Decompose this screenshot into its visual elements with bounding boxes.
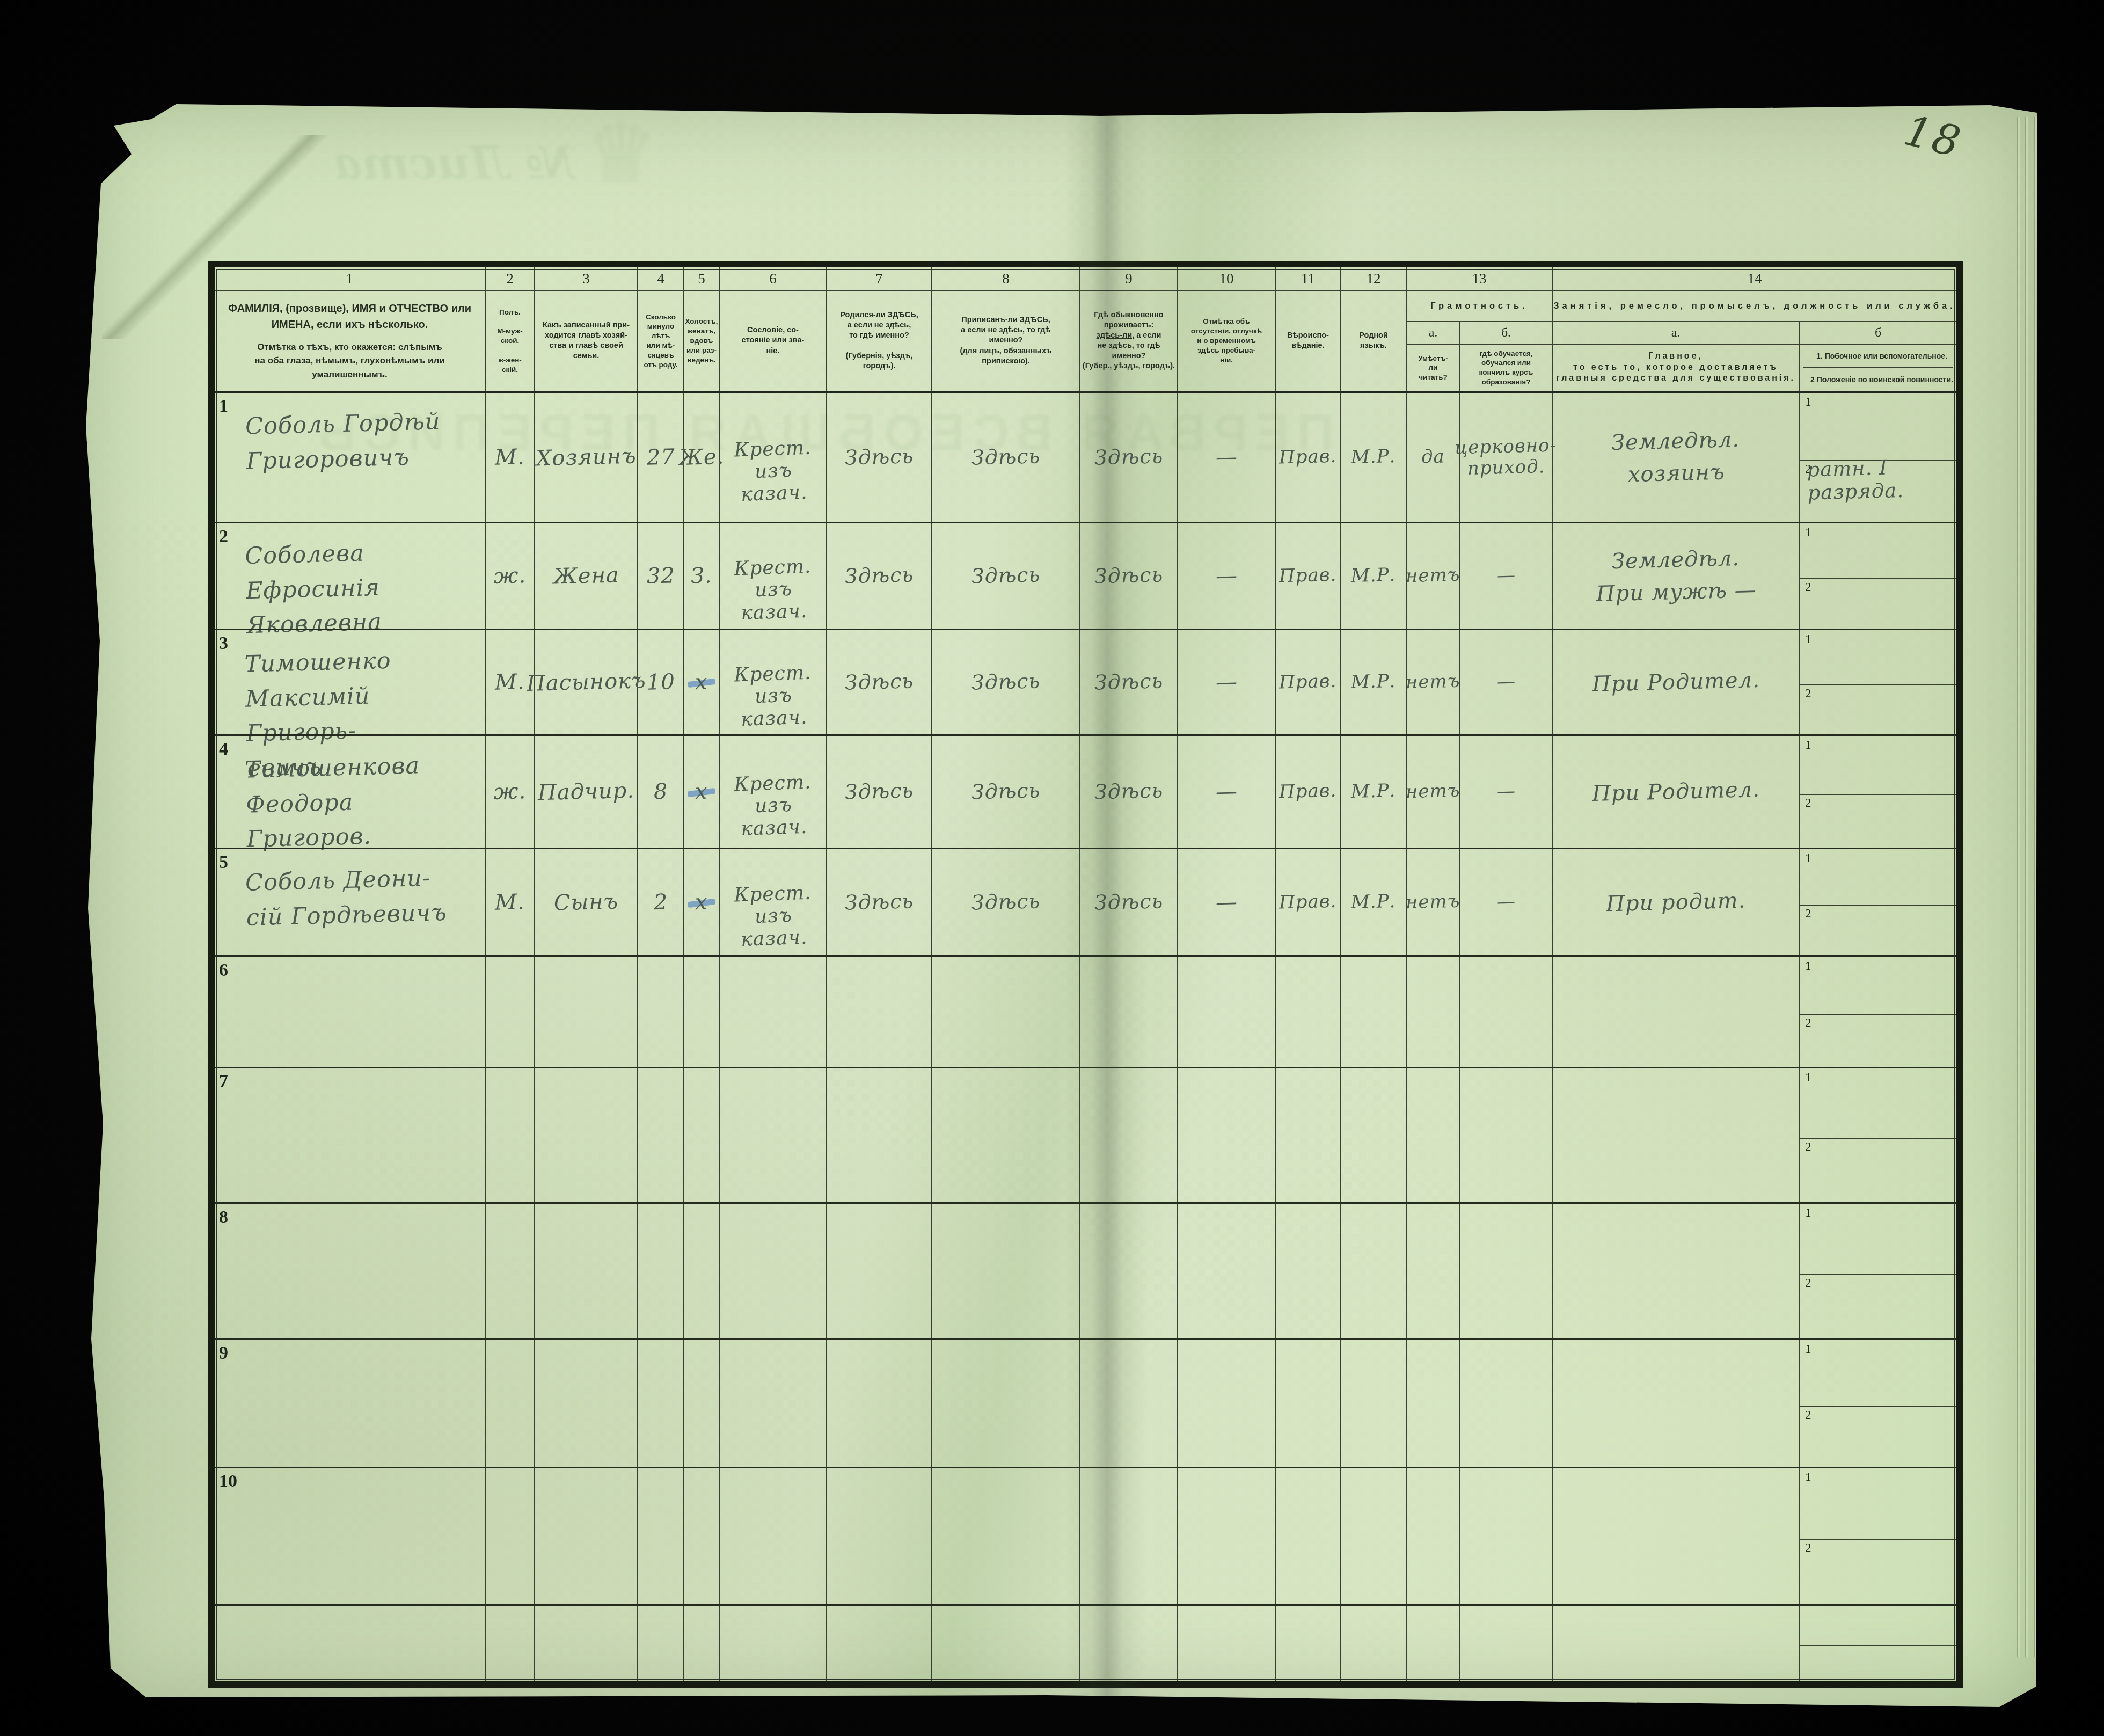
age-cell: 32 [638, 523, 684, 629]
absence-note-cell: — [1178, 849, 1276, 955]
occupation-group-header: Занятія, ремесло, промыселъ, должность и… [1553, 291, 1956, 322]
handwritten-value: церковно- приход. [1455, 435, 1558, 479]
age-cell [638, 957, 684, 1067]
education-cell [1460, 1204, 1553, 1338]
occupation-sub-2: 2 [1800, 684, 1956, 734]
handwritten-value: — [1496, 565, 1516, 587]
age-cell: 8 [638, 736, 684, 848]
handwritten-value: да [1421, 447, 1445, 468]
occupation-main-cell: При Родител. [1553, 736, 1800, 848]
row-number: 3 [219, 633, 228, 654]
census-row-10: 1012 [215, 1467, 1956, 1604]
relation-cell [535, 1068, 638, 1202]
census-row-5: 5Соболь Деони- сій ГордѣевичъМ.Сынъ2хКре… [215, 848, 1956, 955]
born-here-cell: Здѣсь [827, 393, 932, 522]
occupation-secondary-cell: 12 [1800, 1204, 1956, 1338]
literacy-cell [1407, 1468, 1460, 1604]
handwritten-value: Крест. изъ казач. [719, 881, 828, 951]
col12-number: 12 [1341, 267, 1407, 291]
religion-cell: Прав. [1276, 523, 1341, 629]
lives-here-cell [1080, 1068, 1178, 1202]
lives-here-cell [1080, 1468, 1178, 1604]
col13b-header: гдѣ обучается, обучался или кончилъ курс… [1460, 345, 1553, 391]
occupation-main-cell [1553, 1204, 1800, 1338]
born-here-cell [827, 1606, 932, 1681]
name-cell: 2Соболева Ефросинія Яковлевна [215, 523, 486, 629]
education-cell [1460, 1468, 1553, 1604]
handwritten-value: — [1215, 444, 1238, 470]
col2-number: 2 [486, 267, 535, 291]
name-cell: 6 [215, 957, 486, 1067]
name-cell: 4Тимошенкова Феодора Григоров. [215, 736, 486, 848]
occupation-sub-1: 1 [1800, 957, 1956, 1015]
handwritten-value: Пасынокъ [526, 668, 646, 696]
col13-number: 13 [1407, 267, 1553, 291]
occupation-secondary-cell: 12 [1800, 1468, 1956, 1604]
literacy-cell [1407, 957, 1460, 1067]
col14b-header-secondary: 1. Побочное или вспомогательное. [1809, 345, 1947, 367]
estate-cell [720, 1606, 827, 1681]
registered-here-cell [932, 1606, 1080, 1681]
col5-header: Холостъ, женатъ, вдовъ или раз- веденъ. [684, 291, 720, 391]
handwritten-name: Соболь Гордѣй Григоровичъ [245, 404, 441, 478]
absence-note-cell [1178, 1468, 1276, 1604]
marital-cell [684, 1606, 720, 1681]
occupation-sub-1 [1800, 1606, 1956, 1646]
census-row-7: 712 [215, 1067, 1956, 1202]
handwritten-value: нетъ [1406, 565, 1460, 587]
marital-cell: З. [684, 523, 720, 629]
estate-cell [720, 1340, 827, 1467]
occupation-main-cell: Земледѣл. хозяинъ [1553, 393, 1800, 522]
name-cell [215, 1606, 486, 1681]
age-cell [638, 1468, 684, 1604]
literacy-cell [1407, 1204, 1460, 1338]
col10-header: Отмѣтка объ отсутствіи, отлучкѣ и о врем… [1178, 291, 1276, 391]
handwritten-value: Крест. изъ казач. [719, 436, 828, 506]
handwritten-value: Падчир. [537, 778, 634, 806]
occupation-secondary-cell: 12 [1800, 849, 1956, 955]
registered-here-cell [932, 1204, 1080, 1338]
sub-row-number: 2 [1805, 580, 1811, 594]
handwritten-value: Крест. изъ казач. [719, 661, 828, 731]
handwritten-value: Здѣсь [844, 779, 914, 804]
sub-row-number: 1 [1805, 1206, 1811, 1220]
sex-cell [486, 1606, 535, 1681]
registered-here-cell: Здѣсь [932, 523, 1080, 629]
handwritten-value: М.Р. [1351, 781, 1396, 803]
handwritten-value: Здѣсь [844, 563, 914, 588]
estate-cell [720, 1068, 827, 1202]
language-cell [1341, 1204, 1407, 1338]
lives-here-cell [1080, 957, 1178, 1067]
handwritten-value: Крест. изъ казач. [719, 770, 828, 841]
handwritten-value: З. [691, 563, 713, 588]
col13a-letter: а. [1407, 322, 1460, 345]
sub-row-number: 2 [1805, 1276, 1811, 1290]
handwritten-value: Жена [553, 563, 619, 589]
census-row-9: 912 [215, 1338, 1956, 1467]
handwritten-page-number: 18 [1900, 106, 1967, 167]
row-number: 5 [219, 852, 228, 873]
sex-cell: М. [486, 393, 535, 522]
sub-row-number: 2 [1805, 1016, 1811, 1030]
education-cell: — [1460, 849, 1553, 955]
sub-row-number: 1 [1805, 1470, 1811, 1484]
literacy-cell: нетъ [1407, 736, 1460, 848]
handwritten-value: Здѣсь [1094, 889, 1163, 915]
col3-header: Какъ записанный при- ходится главѣ хозяй… [535, 291, 638, 391]
sub-row-number: 1 [1805, 1070, 1811, 1084]
occupation-sub-1: 1 [1800, 523, 1956, 579]
sex-cell [486, 1068, 535, 1202]
age-cell: 27 [638, 393, 684, 522]
absence-note-cell [1178, 1340, 1276, 1467]
col8-header-text: Приписанъ-ли ЗДѢСЬ, [961, 315, 1050, 325]
sex-cell: М. [486, 849, 535, 955]
occupation-sub-1: 1 [1800, 1204, 1956, 1275]
name-cell: 5Соболь Деони- сій Гордѣевичъ [215, 849, 486, 955]
registered-here-cell [932, 1340, 1080, 1467]
sub-row-number: 2 [1805, 1408, 1811, 1422]
handwritten-value: Здѣсь [1094, 563, 1163, 588]
lives-here-cell [1080, 1606, 1178, 1681]
relation-cell [535, 957, 638, 1067]
sub-row-number: 2 [1805, 907, 1811, 921]
sex-cell [486, 1204, 535, 1338]
col14-number: 14 [1553, 267, 1956, 291]
sex-cell [486, 1340, 535, 1467]
handwritten-value: Прав. [1279, 891, 1337, 914]
row-number: 8 [219, 1207, 228, 1228]
religion-cell [1276, 1468, 1341, 1604]
census-row-buffer [215, 1604, 1956, 1681]
handwritten-value: 10 [646, 669, 675, 695]
lives-here-cell: Здѣсь [1080, 630, 1178, 734]
handwritten-value: х [695, 890, 708, 915]
row-number: 10 [219, 1471, 237, 1492]
marital-cell: х [684, 849, 720, 955]
handwritten-value: — [1215, 563, 1238, 588]
col10-number: 10 [1178, 267, 1276, 291]
age-cell: 10 [638, 630, 684, 734]
scanned-page: № Листа ПЕРВАЯ ВСЕОБЩАЯ ПЕРЕПИСЬ ♛ 18 1 … [81, 103, 2037, 1707]
col2-header: Полъ. М-муж- ской. ж-жен- скій. [486, 291, 535, 391]
occupation-sub-1: 1 [1800, 736, 1956, 795]
handwritten-value: Земледѣл. При мужѣ — [1595, 542, 1757, 610]
col13b-letter: б. [1460, 322, 1553, 345]
lives-here-cell [1080, 1340, 1178, 1467]
census-row-2: 2Соболева Ефросинія Яковлевнаж.Жена32З.К… [215, 522, 1956, 629]
handwritten-value: Здѣсь [971, 563, 1040, 588]
language-cell: М.Р. [1341, 630, 1407, 734]
sub-row-number: 1 [1805, 738, 1811, 752]
education-cell [1460, 1606, 1553, 1681]
occupation-secondary-cell: 12 [1800, 523, 1956, 629]
col12-header: Родной языкъ. [1341, 291, 1407, 391]
language-cell [1341, 1606, 1407, 1681]
estate-cell: Крест. изъ казач. [720, 736, 827, 848]
literacy-cell: нетъ [1407, 849, 1460, 955]
handwritten-value: — [1215, 669, 1238, 695]
occupation-main-cell [1553, 1606, 1800, 1681]
registered-here-cell [932, 1068, 1080, 1202]
language-cell: М.Р. [1341, 849, 1407, 955]
occupation-sub-2: 2 [1800, 578, 1956, 629]
registered-here-cell: Здѣсь [932, 736, 1080, 848]
row-number: 1 [219, 396, 228, 417]
absence-note-cell [1178, 1068, 1276, 1202]
handwritten-value: 2 [653, 890, 668, 915]
language-cell [1341, 1468, 1407, 1604]
born-here-cell: Здѣсь [827, 849, 932, 955]
literacy-cell: нетъ [1407, 523, 1460, 629]
census-row-6: 612 [215, 955, 1956, 1067]
handwritten-value: Здѣсь [971, 444, 1040, 470]
sub-row-number: 1 [1805, 632, 1811, 646]
row-number: 2 [219, 527, 228, 547]
born-here-cell [827, 957, 932, 1067]
census-row-3: 3Тимошенко Максимій Григорь- евичъМ.Пасы… [215, 629, 1956, 734]
literacy-cell: да [1407, 393, 1460, 522]
relation-cell: Жена [535, 523, 638, 629]
name-cell: 10 [215, 1468, 486, 1604]
row-number: 7 [219, 1071, 228, 1092]
language-cell [1341, 957, 1407, 1067]
estate-cell [720, 957, 827, 1067]
handwritten-value: Прав. [1279, 781, 1337, 803]
relation-cell [535, 1340, 638, 1467]
education-cell [1460, 1068, 1553, 1202]
registered-here-cell [932, 1468, 1080, 1604]
language-cell [1341, 1340, 1407, 1467]
handwritten-value: 32 [646, 563, 675, 588]
sub-row-number: 1 [1805, 1342, 1811, 1356]
born-here-cell: Здѣсь [827, 736, 932, 848]
estate-cell: Крест. изъ казач. [720, 849, 827, 955]
education-cell: — [1460, 736, 1553, 848]
col7-header: Родился-ли ЗДѢСЬ, а если не здѣсь, то гд… [827, 291, 932, 391]
occupation-secondary-cell: 12 [1800, 957, 1956, 1067]
lives-here-cell [1080, 1204, 1178, 1338]
lives-here-cell: Здѣсь [1080, 523, 1178, 629]
handwritten-value: 27 [646, 444, 675, 470]
absence-note-cell [1178, 1204, 1276, 1338]
occupation-sub-2: 2 [1800, 1138, 1956, 1202]
religion-cell: Прав. [1276, 630, 1341, 734]
marital-cell [684, 1204, 720, 1338]
col1-number: 1 [215, 267, 486, 291]
handwritten-value: При Родител. [1591, 664, 1760, 701]
born-here-cell: Здѣсь [827, 630, 932, 734]
education-cell [1460, 1340, 1553, 1467]
handwritten-value: М. [495, 889, 525, 915]
relation-cell: Хозяинъ [535, 393, 638, 522]
sub-row-number: 2 [1805, 796, 1811, 810]
handwritten-value: — [1215, 889, 1238, 915]
literacy-cell [1407, 1068, 1460, 1202]
sub-row-number: 1 [1805, 851, 1811, 865]
occupation-sub-1: 1 [1800, 1468, 1956, 1540]
handwritten-name: Соболь Деони- сій Гордѣевичъ [245, 860, 447, 935]
marital-cell [684, 1068, 720, 1202]
col14b-letter: б [1800, 322, 1956, 345]
language-cell: М.Р. [1341, 393, 1407, 522]
col9-number: 9 [1080, 267, 1178, 291]
census-table: 1 2 3 4 5 6 7 8 9 10 11 12 13 14 ФАМИЛІЯ… [208, 261, 1963, 1688]
age-cell [638, 1204, 684, 1338]
handwritten-value: Здѣсь [844, 669, 914, 695]
col5-number: 5 [684, 267, 720, 291]
absence-note-cell [1178, 1606, 1276, 1681]
religion-cell [1276, 1606, 1341, 1681]
religion-cell [1276, 957, 1341, 1067]
occupation-secondary-cell: 12ратн. I разряда. [1800, 393, 1956, 522]
col11-header: Вѣроиспо- вѣданіе. [1276, 291, 1341, 391]
handwritten-value: М.Р. [1351, 565, 1396, 587]
relation-cell: Сынъ [535, 849, 638, 955]
name-cell: 1Соболь Гордѣй Григоровичъ [215, 393, 486, 522]
occupation-sub-1: 1 [1800, 1068, 1956, 1139]
marital-cell: Же. [684, 393, 720, 522]
handwritten-value: М.Р. [1351, 891, 1396, 913]
col14b-header-military: 2 Положеніе по воинской повинности. [1803, 367, 1953, 391]
col9-header: Гдѣ обыкновенно проживаетъ: здѣсь-ли, а … [1080, 291, 1178, 391]
registered-here-cell: Здѣсь [932, 849, 1080, 955]
occupation-sub-1: 1 [1800, 849, 1956, 906]
religion-cell: Прав. [1276, 393, 1341, 522]
census-row-4: 4Тимошенкова Феодора Григоров.ж.Падчир.8… [215, 734, 1956, 848]
handwritten-value: Здѣсь [1094, 444, 1163, 470]
handwritten-value: Здѣсь [971, 889, 1040, 915]
handwritten-value: — [1496, 781, 1516, 803]
occupation-sub-2 [1800, 1645, 1956, 1681]
occupation-main-cell: При родит. [1553, 849, 1800, 955]
handwritten-value: М.Р. [1351, 446, 1396, 468]
col8-header: Приписанъ-ли ЗДѢСЬ, а если не здѣсь, то … [932, 291, 1080, 391]
handwritten-value: нетъ [1406, 891, 1460, 914]
handwritten-value: ж. [493, 563, 526, 589]
occupation-secondary-cell: 12 [1800, 1340, 1956, 1467]
handwritten-value: Здѣсь [971, 779, 1040, 804]
col6-header: Сословіе, со- стояніе или зва- ніе. [720, 291, 827, 391]
relation-cell [535, 1606, 638, 1681]
relation-cell [535, 1468, 638, 1604]
handwritten-value: 8 [653, 779, 668, 805]
sex-cell [486, 1468, 535, 1604]
col14a-letter: а. [1553, 322, 1800, 345]
sex-cell: ж. [486, 523, 535, 629]
handwritten-value: Крест. изъ казач. [719, 555, 828, 625]
row-number: 9 [219, 1343, 228, 1363]
col13a-header: Умѣетъ- ли читать? [1407, 345, 1460, 391]
handwritten-value: При родит. [1605, 885, 1746, 921]
handwritten-value: Здѣсь [1094, 779, 1163, 804]
occupation-sub-1: 1 [1800, 630, 1956, 685]
sub-row-number: 1 [1805, 395, 1811, 409]
col14b-header: 1. Побочное или вспомогательное. 2 Полож… [1800, 345, 1956, 391]
col7-header-text: Родился-ли ЗДѢСЬ, [840, 310, 918, 320]
name-cell: 3Тимошенко Максимій Григорь- евичъ [215, 630, 486, 734]
col1-header: ФАМИЛІЯ, (прозвище), ИМЯ и ОТЧЕСТВО или … [215, 291, 486, 391]
age-cell: 2 [638, 849, 684, 955]
occupation-sub-1: 1 [1800, 1340, 1956, 1407]
handwritten-value: Же. [678, 444, 725, 470]
occupation-sub-2: 2 [1800, 905, 1956, 955]
lives-here-cell: Здѣсь [1080, 393, 1178, 522]
handwritten-value: — [1496, 892, 1516, 913]
name-cell: 7 [215, 1068, 486, 1202]
religion-cell: Прав. [1276, 849, 1341, 955]
occupation-main-cell [1553, 1340, 1800, 1467]
col1-header-main: ФАМИЛІЯ, (прозвище), ИМЯ и ОТЧЕСТВО или … [228, 301, 471, 333]
education-cell: — [1460, 523, 1553, 629]
occupation-main-cell [1553, 1468, 1800, 1604]
sex-cell: ж. [486, 736, 535, 848]
col14a-header: Главное, то есть то, которое доставляетъ… [1553, 345, 1800, 391]
religion-cell: Прав. [1276, 736, 1341, 848]
lives-here-cell: Здѣсь [1080, 736, 1178, 848]
handwritten-value: Здѣсь [844, 444, 914, 470]
born-here-cell [827, 1468, 932, 1604]
relation-cell: Пасынокъ [535, 630, 638, 734]
handwritten-value: Сынъ [553, 889, 618, 915]
occupation-secondary-cell: 12 [1800, 1068, 1956, 1202]
name-cell: 8 [215, 1204, 486, 1338]
handwritten-value: Прав. [1279, 565, 1337, 587]
estate-cell [720, 1468, 827, 1604]
row-number: 6 [219, 960, 228, 981]
marital-cell [684, 1340, 720, 1467]
absence-note-cell [1178, 957, 1276, 1067]
occupation-secondary-cell [1800, 1606, 1956, 1681]
literacy-cell [1407, 1340, 1460, 1467]
sub-row-number: 1 [1805, 959, 1811, 973]
education-cell [1460, 957, 1553, 1067]
showthrough-list-number: № Листа [333, 136, 574, 189]
born-here-cell [827, 1068, 932, 1202]
age-cell [638, 1606, 684, 1681]
col4-number: 4 [638, 267, 684, 291]
relation-cell [535, 1204, 638, 1338]
literacy-cell: нетъ [1407, 630, 1460, 734]
handwritten-value: — [1215, 779, 1238, 804]
sub-row-number: 2 [1805, 1140, 1811, 1154]
age-cell [638, 1340, 684, 1467]
col4-header: Сколько минуло лѣтъ или мѣ- сяцевъ отъ р… [638, 291, 684, 391]
language-cell: М.Р. [1341, 736, 1407, 848]
born-here-cell [827, 1340, 932, 1467]
occupation-sub-2: 2 [1800, 1014, 1956, 1067]
born-here-cell [827, 1204, 932, 1338]
col9-header-text: здѣсь-ли, а если не здѣсь, то гдѣ именно… [1083, 331, 1175, 372]
name-cell: 9 [215, 1340, 486, 1467]
occupation-main-cell [1553, 1068, 1800, 1202]
age-cell [638, 1068, 684, 1202]
occupation-main-cell [1553, 957, 1800, 1067]
occupation-sub-1: 1 [1800, 393, 1956, 461]
marital-cell [684, 957, 720, 1067]
estate-cell: Крест. изъ казач. [720, 630, 827, 734]
row-number: 4 [219, 739, 228, 760]
registered-here-cell [932, 957, 1080, 1067]
handwritten-value: Прав. [1279, 671, 1337, 694]
col6-number: 6 [720, 267, 827, 291]
handwritten-value: Хозяинъ [536, 444, 637, 471]
handwritten-value: ж. [493, 779, 526, 805]
occupation-sub-2: 2 [1800, 1539, 1956, 1604]
col1-header-note: Отмѣтка о тѣхъ, кто окажется: слѣпымъ на… [254, 340, 445, 382]
